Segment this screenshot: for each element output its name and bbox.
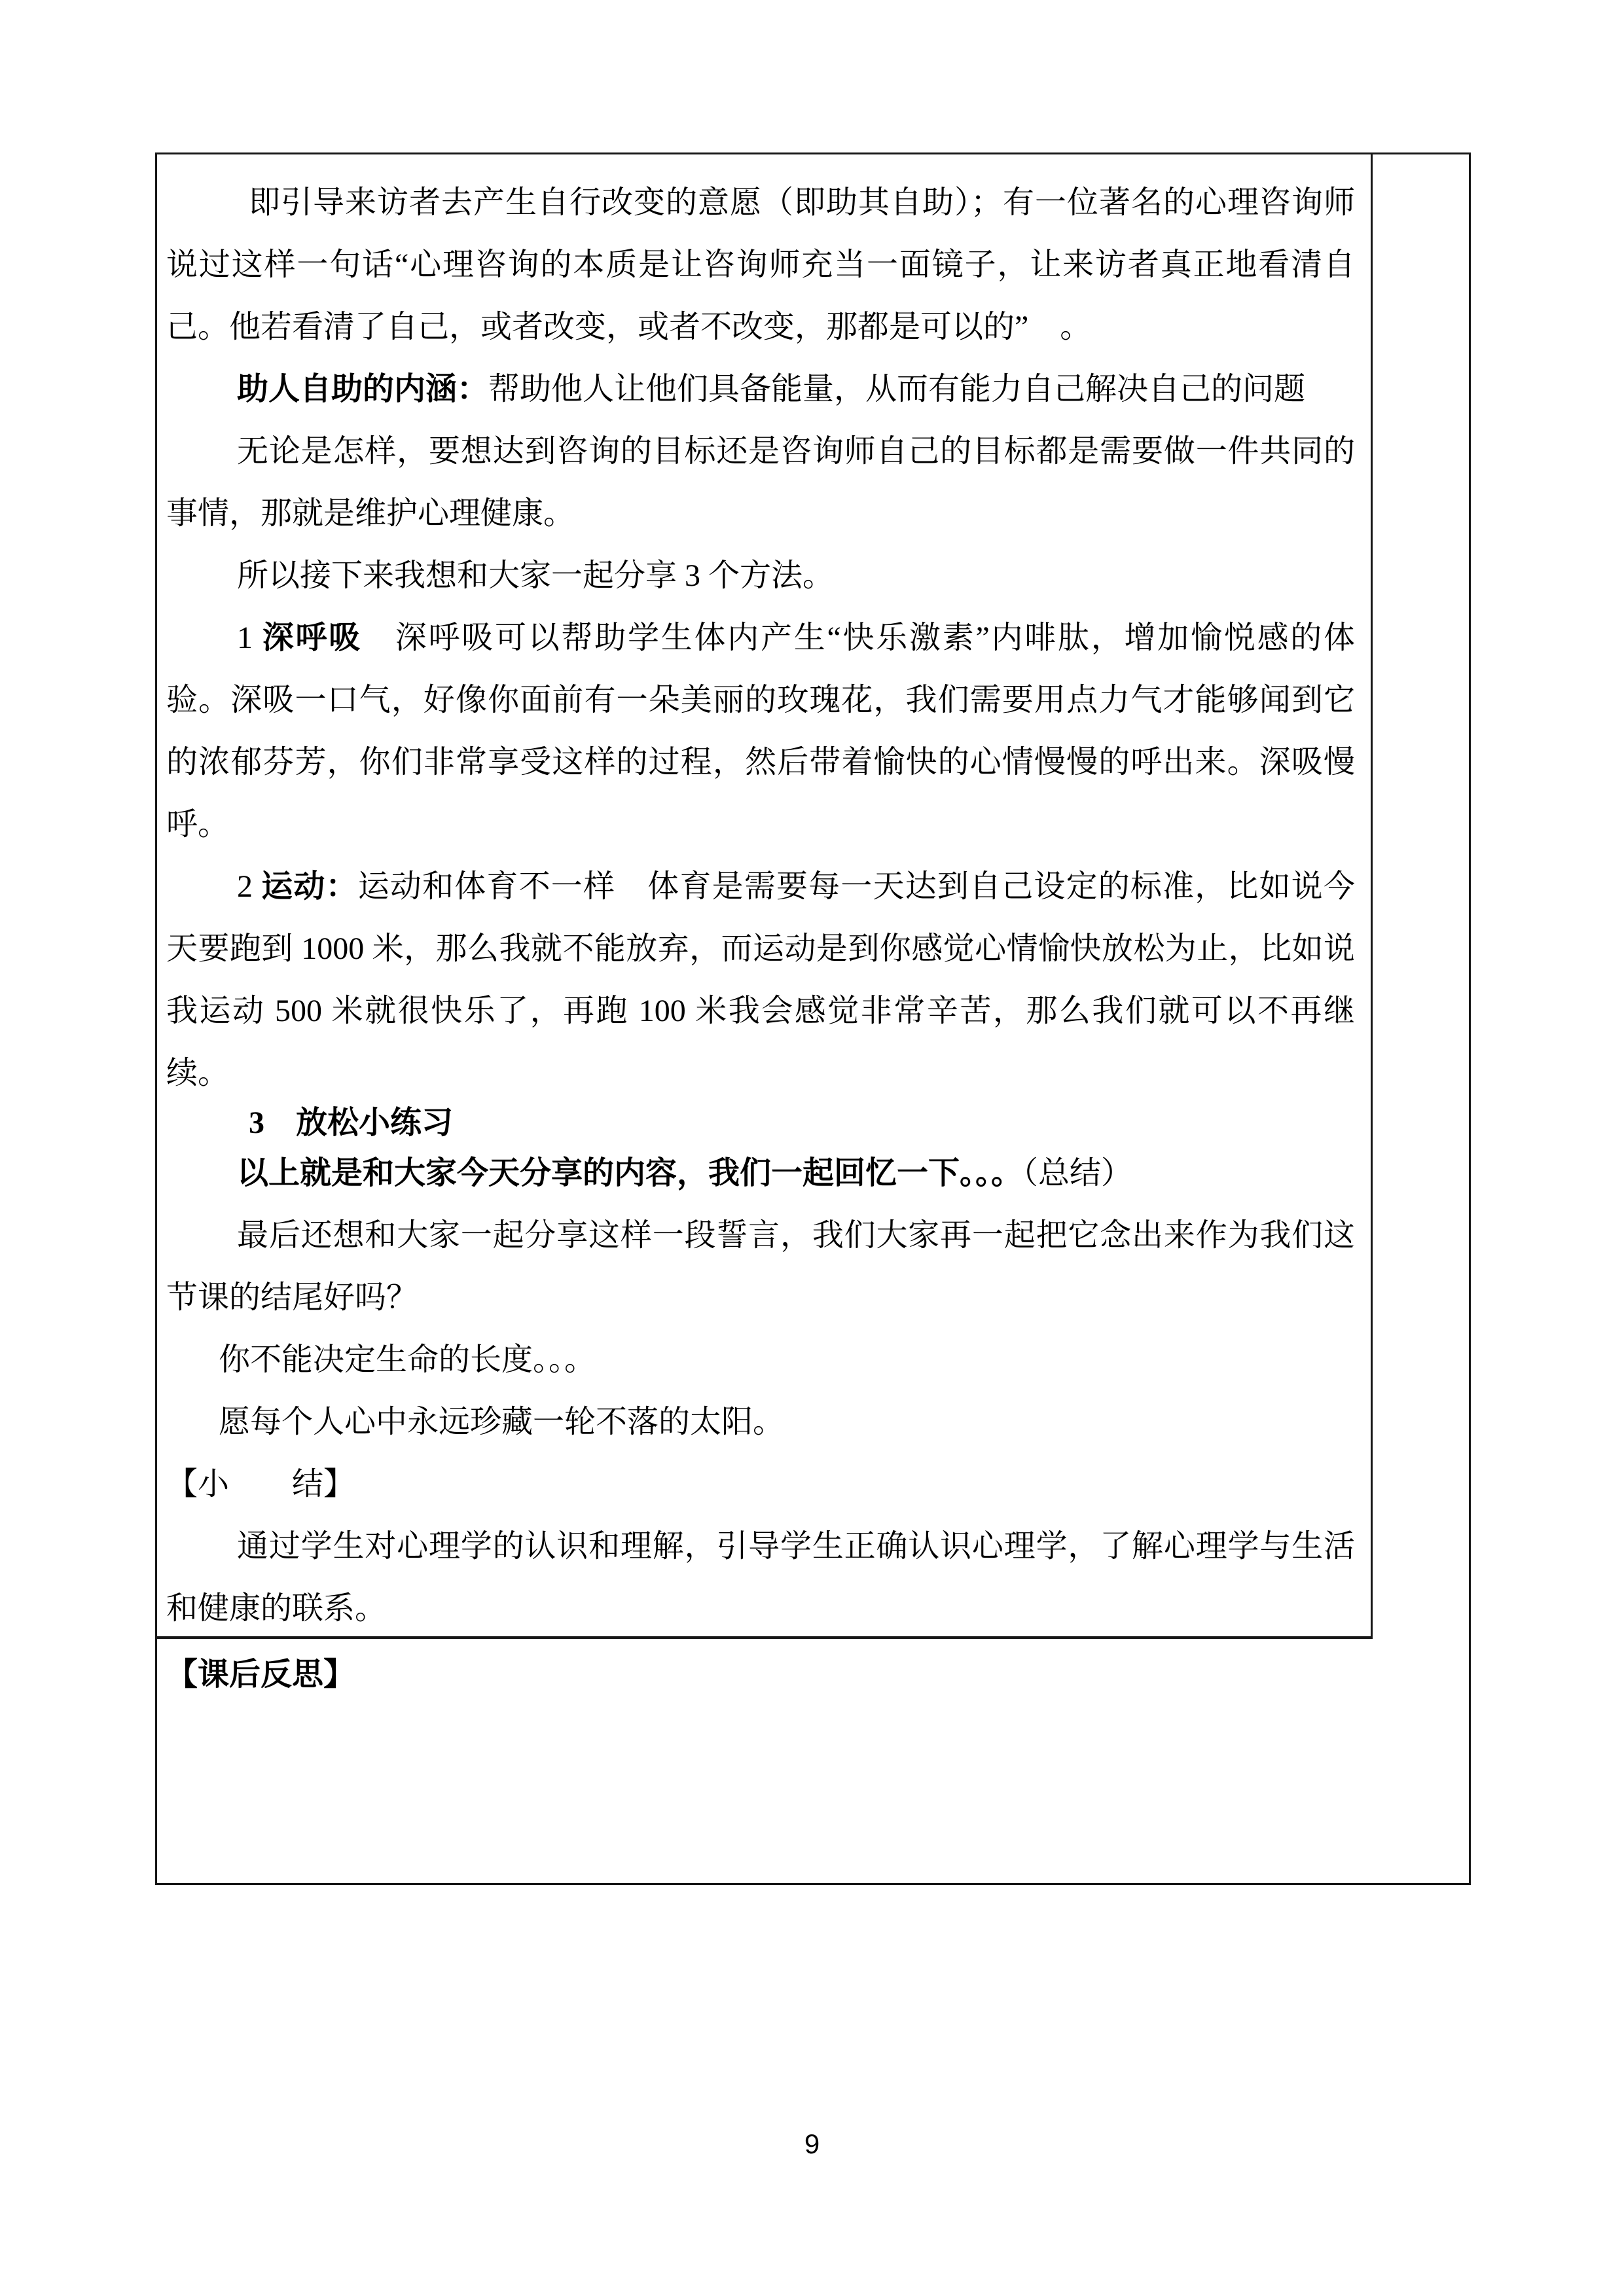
bold-text-run: 运动： xyxy=(261,869,358,904)
bold-text-run: 助人自助的内涵： xyxy=(237,372,488,406)
text-run: 通过学生对心理学的认识和理解，引导学生正确认识心理学，了解心理学与生活和健康的联… xyxy=(166,1529,1355,1626)
text-run: 即引导来访者去产生自行改变的意愿（即助其自助）；有一位著名的心理咨询师说过这样一… xyxy=(166,185,1355,344)
paragraph: 无论是怎样，要想达到咨询的目标还是咨询师自己的目标都是需要做一件共同的事情，那就… xyxy=(166,420,1355,545)
bold-text-run: 深呼吸 xyxy=(262,620,362,655)
paragraph: 2 运动：运动和体育不一样 体育是需要每一天达到自己设定的标准，比如说今天要跑到… xyxy=(166,855,1355,1104)
paragraph: 助人自助的内涵：帮助他人让他们具备能量，从而有能力自己解决自己的问题 xyxy=(166,358,1355,420)
text-run: 1 xyxy=(237,620,262,655)
paragraph: 【小 结】 xyxy=(166,1453,1355,1515)
text-run: 所以接下来我想和大家一起分享 3 个方法。 xyxy=(237,558,834,593)
paragraph: 最后还想和大家一起分享这样一段誓言，我们大家再一起把它念出来作为我们这节课的结尾… xyxy=(166,1204,1355,1329)
bold-text-run: 以上就是和大家今天分享的内容，我们一起回忆一下。。。 xyxy=(237,1156,1022,1191)
page-number: 9 xyxy=(0,2128,1624,2160)
paragraph: 即引导来访者去产生自行改变的意愿（即助其自助）；有一位著名的心理咨询师说过这样一… xyxy=(166,171,1355,358)
paragraph: 1 深呼吸 深呼吸可以帮助学生体内产生“快乐激素”内啡肽，增加愉悦感的体验。深吸… xyxy=(166,607,1355,855)
reflection-cell: 【课后反思】 xyxy=(157,1639,1469,1883)
lesson-plan-table: 即引导来访者去产生自行改变的意愿（即助其自助）；有一位著名的心理咨询师说过这样一… xyxy=(155,152,1471,1885)
paragraph: 通过学生对心理学的认识和理解，引导学生正确认识心理学，了解心理学与生活和健康的联… xyxy=(166,1515,1355,1639)
text-run: 帮助他人让他们具备能量，从而有能力自己解决自己的问题 xyxy=(488,372,1305,406)
bold-text-run: 3 放松小练习 xyxy=(249,1105,453,1140)
lesson-content: 即引导来访者去产生自行改变的意愿（即助其自助）；有一位著名的心理咨询师说过这样一… xyxy=(166,171,1355,1639)
reflection-heading: 【课后反思】 xyxy=(166,1655,1453,1695)
paragraph: 你不能决定生命的长度。。。 xyxy=(166,1329,1355,1391)
text-run: 最后还想和大家一起分享这样一段誓言，我们大家再一起把它念出来作为我们这节课的结尾… xyxy=(166,1218,1355,1315)
paragraph: 3 放松小练习 xyxy=(166,1104,1355,1142)
text-run: （总结） xyxy=(1022,1156,1132,1191)
text-run: 无论是怎样，要想达到咨询的目标还是咨询师自己的目标都是需要做一件共同的事情，那就… xyxy=(166,434,1355,531)
document-page: 即引导来访者去产生自行改变的意愿（即助其自助）；有一位著名的心理咨询师说过这样一… xyxy=(0,0,1624,2296)
text-run: 2 xyxy=(237,869,261,904)
paragraph: 所以接下来我想和大家一起分享 3 个方法。 xyxy=(166,545,1355,607)
lesson-content-cell: 即引导来访者去产生自行改变的意愿（即助其自助）；有一位著名的心理咨询师说过这样一… xyxy=(157,154,1373,1639)
paragraph: 愿每个人心中永远珍藏一轮不落的太阳。 xyxy=(166,1391,1355,1453)
text-run: 愿每个人心中永远珍藏一轮不落的太阳。 xyxy=(219,1405,784,1439)
text-run: 你不能决定生命的长度。。。 xyxy=(219,1342,596,1377)
text-run: 【小 结】 xyxy=(166,1467,355,1501)
side-notes-cell xyxy=(1373,154,1469,1639)
paragraph: 以上就是和大家今天分享的内容，我们一起回忆一下。。。（总结） xyxy=(166,1142,1355,1204)
